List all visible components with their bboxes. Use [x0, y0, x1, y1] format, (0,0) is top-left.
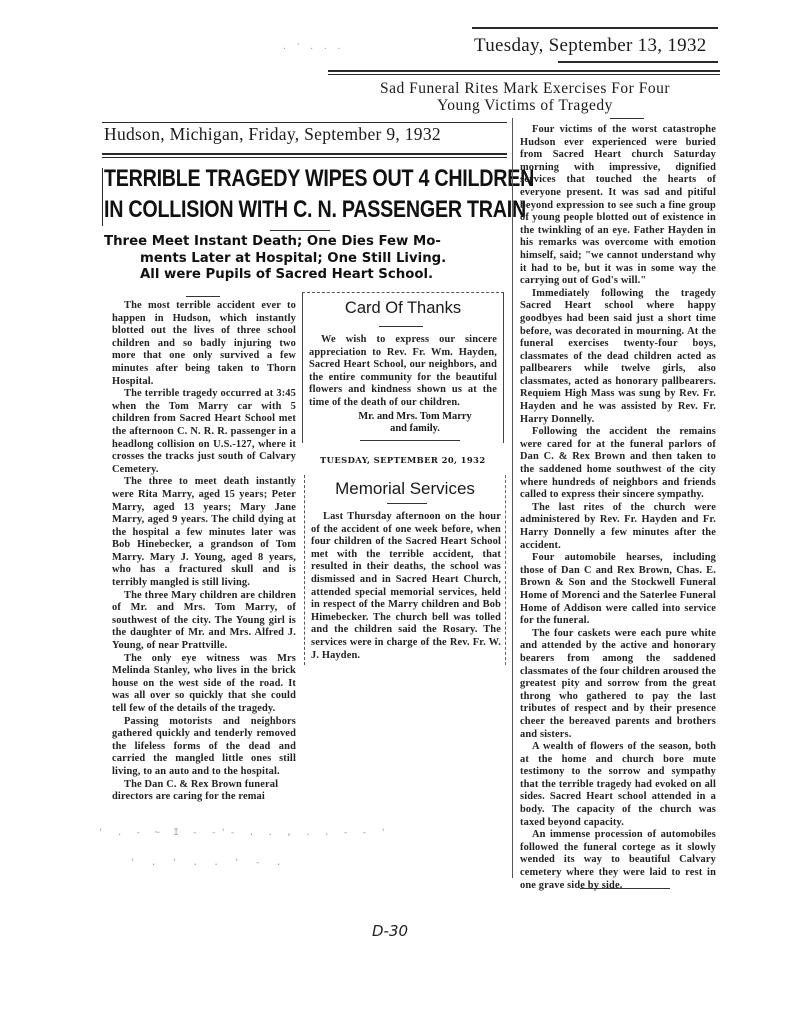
- banner-headline: TERRIBLE TRAGEDY WIPES OUT 4 CHILDREN IN…: [104, 163, 534, 225]
- paragraph: The terrible tragedy occurred at 3:45 wh…: [112, 388, 296, 476]
- card-of-thanks-title: Card Of Thanks: [303, 299, 503, 318]
- memorial-title: Memorial Services: [305, 479, 505, 499]
- paragraph: A wealth of flowers of the season, both …: [520, 741, 716, 829]
- funeral-headline-line-1: Sad Funeral Rites Mark Exercises For Fou…: [326, 80, 724, 97]
- headline-rule: [328, 70, 720, 72]
- card-of-thanks-text: We wish to express our sincere appreciat…: [309, 334, 497, 410]
- scan-artifact: . ' . . .: [282, 42, 343, 51]
- funeral-end-rule: [580, 888, 670, 889]
- paragraph: The four caskets were each pure white an…: [520, 628, 716, 741]
- memorial-text: Last Thursday afternoon on the hour of t…: [311, 511, 501, 662]
- deck-line-3: All were Pupils of Sacred Heart School.: [104, 267, 504, 284]
- paragraph: The only eye witness was Mrs Melinda Sta…: [112, 653, 296, 716]
- main-article-body: The most terrible accident ever to happe…: [112, 300, 296, 804]
- memorial-divider: [387, 503, 427, 504]
- deck-headline: Three Meet Instant Death; One Dies Few M…: [104, 234, 504, 284]
- paragraph: Four automobile hearses, including those…: [520, 552, 716, 628]
- funeral-headline: Sad Funeral Rites Mark Exercises For Fou…: [326, 80, 724, 114]
- deck-line-1: Three Meet Instant Death; One Dies Few M…: [104, 234, 504, 251]
- right-column-rule: [512, 118, 513, 878]
- paragraph: The three to meet death instantly were R…: [112, 476, 296, 589]
- card-signature: Mr. and Mrs. Tom Marry and family.: [303, 411, 503, 436]
- banner-side-rule: [102, 168, 103, 226]
- memorial-body: Last Thursday afternoon on the hour of t…: [311, 511, 501, 662]
- funeral-article-body: Four victims of the worst catastrophe Hu…: [520, 124, 716, 892]
- paragraph: The most terrible accident ever to happe…: [112, 300, 296, 388]
- dateline-rule-bottom: [102, 153, 507, 155]
- paragraph: The Dan C. & Rex Brown funeral directors…: [112, 779, 296, 804]
- date-rule-bottom: [558, 61, 718, 63]
- card-of-thanks-body: We wish to express our sincere appreciat…: [309, 334, 497, 410]
- paragraph: Four victims of the worst catastrophe Hu…: [520, 124, 716, 288]
- faint-handwriting: ' . - ~ I - -'- . . , . . - - ': [98, 828, 390, 838]
- faint-handwriting-2: ' . ' . . ' - .: [130, 858, 286, 868]
- funeral-divider: [610, 118, 644, 119]
- paragraph: The last rites of the church were admini…: [520, 502, 716, 552]
- date-rule-top: [472, 27, 718, 29]
- banner-line-2: IN COLLISION WITH C. N. PASSENGER TRAIN: [104, 194, 534, 225]
- body-divider: [186, 296, 220, 297]
- signature-line-1: Mr. and Mrs. Tom Marry: [327, 411, 503, 424]
- dateline-rule-top: [102, 122, 507, 123]
- paragraph: An immense procession of automobiles fol…: [520, 829, 716, 892]
- memorial-date-header: TUESDAY, SEPTEMBER 20, 1932: [320, 455, 486, 465]
- paragraph: Following the accident the remains were …: [520, 426, 716, 502]
- card-divider: [379, 326, 423, 327]
- paragraph: Passing motorists and neighbors gathered…: [112, 716, 296, 779]
- card-bottom-rule: [360, 440, 460, 441]
- signature-line-2: and family.: [327, 423, 503, 436]
- headline-rule-2: [328, 74, 720, 75]
- deck-divider: [270, 230, 330, 231]
- memorial-services-box: Memorial Services Last Thursday afternoo…: [304, 475, 506, 665]
- card-of-thanks-box: Card Of Thanks We wish to express our si…: [302, 292, 504, 443]
- banner-line-1: TERRIBLE TRAGEDY WIPES OUT 4 CHILDREN: [104, 163, 534, 194]
- paragraph: The three Mary children are children of …: [112, 590, 296, 653]
- funeral-headline-line-2: Young Victims of Tragedy: [326, 97, 724, 114]
- dateline: Hudson, Michigan, Friday, September 9, 1…: [104, 124, 441, 145]
- paragraph: Immediately following the tragedy Sacred…: [520, 288, 716, 427]
- deck-line-2: ments Later at Hospital; One Still Livin…: [104, 251, 504, 268]
- dateline-rule-bottom-2: [102, 157, 507, 158]
- page-mark: D-30: [372, 922, 408, 940]
- clipping-date-header: Tuesday, September 13, 1932: [474, 35, 707, 57]
